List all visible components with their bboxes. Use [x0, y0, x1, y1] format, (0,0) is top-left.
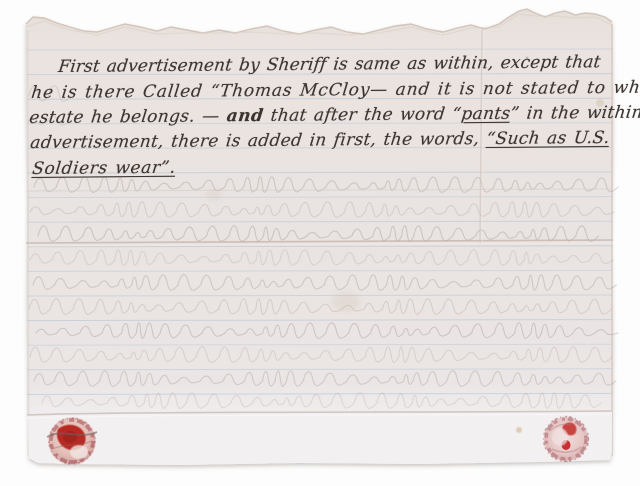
bottom-flap	[27, 411, 612, 465]
document-scan	[0, 0, 640, 486]
scanned-document-page: First advertisement by Sheriff is same a…	[0, 0, 640, 486]
